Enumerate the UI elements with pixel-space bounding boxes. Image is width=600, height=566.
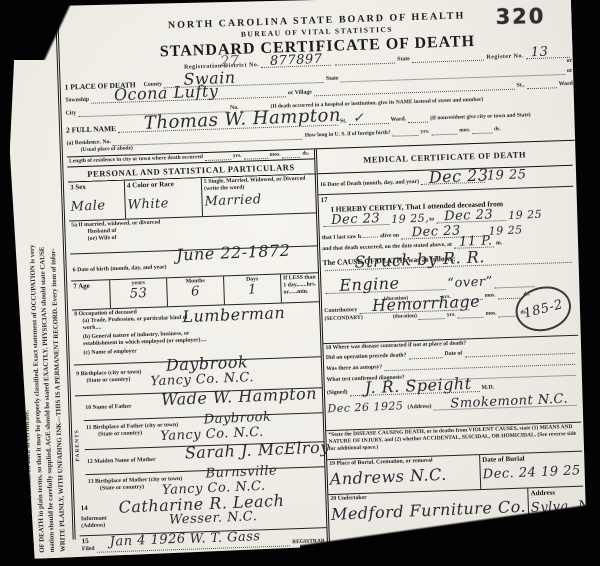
last-saw-label: that I last saw h……… alive on <box>322 232 400 242</box>
death-time-value: 11 P. <box>458 234 492 248</box>
attended-from-year: 19 25, <box>391 212 429 225</box>
register-no-value: 13 <box>531 45 549 59</box>
filed-label: Filed <box>82 546 95 553</box>
village-label: or Village <box>288 89 312 97</box>
m-label: m. <box>496 240 503 247</box>
ds-label: ds. <box>494 126 501 133</box>
city-label: City <box>65 110 76 117</box>
occupation-value: Lumberman <box>182 305 286 325</box>
less-than-day-label: If LESS than 1 day,......hrs. or......mi… <box>283 275 317 297</box>
contributory-label: Contributory <box>324 307 357 315</box>
signed-label: (Signed) <box>327 390 348 398</box>
state-label: State <box>397 56 410 63</box>
township-value: Ocona Lufty <box>114 83 219 103</box>
nonresident-note: (If nonresident give city or town and St… <box>430 112 531 122</box>
attended-to-year: 19 25 <box>508 209 542 221</box>
secondary-label: (SECONDARY) <box>324 314 363 322</box>
register-no-label: Register No. <box>486 53 524 60</box>
race-value: White <box>127 196 199 212</box>
md-label: M.D. <box>481 385 494 392</box>
ds-label2: ds. <box>302 151 309 158</box>
ward-label2: Ward. <box>390 116 406 123</box>
date-of-label: Date of <box>444 351 462 359</box>
or-label: or <box>566 57 572 64</box>
dod-value: Dec 23 <box>428 168 488 186</box>
informant-address-value: Wesser. N.C. <box>169 511 258 528</box>
occupation-a-label: (a) Trade, Profession, or particular kin… <box>82 315 192 333</box>
personal-particulars-column: 3 Sex Male 4 Color or Race White 5 Singl… <box>68 175 330 563</box>
burial-date-value: Dec. 24 19 25 <box>482 464 581 481</box>
dur-yrs2: yrs. <box>447 311 456 318</box>
sex-value: Male <box>70 198 122 213</box>
age-months-value: 6 <box>169 285 221 300</box>
st-ward-label: St., <box>517 82 525 89</box>
yrs-label2: yrs. <box>233 153 242 160</box>
full-name-label: 2 FULL NAME <box>66 123 116 134</box>
medical-section-header: MEDICAL CERTIFICATE OF DEATH <box>363 150 526 166</box>
age-years-value: 53 <box>112 287 164 302</box>
mos-label: mos. <box>459 127 470 134</box>
burial-value: Andrews N.C. <box>330 466 478 488</box>
attended-from-value: Dec 23 <box>331 212 381 227</box>
last-saw-value: Dec 23 <box>411 224 461 239</box>
ward-label: Ward <box>559 80 573 87</box>
sign-address-value: Smokemont N.C. <box>450 393 568 411</box>
dur-mos2: mos. <box>485 310 496 317</box>
attended-to-value: Dec 23 <box>444 208 494 223</box>
mos-label2: mos. <box>270 152 281 159</box>
over-annotation: “over” <box>447 275 493 290</box>
dur-mos: mos. <box>485 292 496 299</box>
last-saw-year: 19 25 <box>489 224 523 236</box>
torn-edge-bottom-right <box>300 496 600 566</box>
cause-line2-value: Engine <box>339 275 400 294</box>
cause-code-value: 185-2 <box>522 297 564 320</box>
to-label: to <box>429 216 434 223</box>
yrs-label: yrs. <box>420 128 429 135</box>
age-label: 7 Age <box>73 282 107 292</box>
checkmark-annotation: ✓ <box>353 111 365 124</box>
dod-label: 16 Date of Death (month, day, and year) <box>320 178 419 188</box>
torn-corner-top-left <box>0 0 120 60</box>
sex-label: 3 Sex <box>70 182 122 192</box>
dod-year: 19 25 <box>487 169 527 183</box>
mother-bp-city-value: Burnsville <box>205 465 277 481</box>
age-days-value: 1 <box>226 283 278 298</box>
certificate-form: 27 NORTH CAROLINA STATE BOARD OF HEALTH … <box>55 0 589 540</box>
state-label2: State <box>326 75 339 82</box>
race-label: 4 Color or Race <box>127 180 199 191</box>
abode-note: (Usual place of abode) <box>81 145 133 154</box>
sign-address-label: (Address) <box>407 404 431 412</box>
autopsy-label: Was there an autopsy? <box>326 365 382 374</box>
operation-label: Did an operation precede death? <box>326 353 407 363</box>
marital-value: Married <box>204 191 313 209</box>
physician-signature: J. R. Speight <box>365 376 472 396</box>
cause-line1-value: Struck by R. R. <box>354 249 485 270</box>
certificate-paper: important. See instructions on back of c… <box>5 0 589 559</box>
registration-district-value: 877897 <box>269 53 322 68</box>
contributory-value: Hemorrhage <box>372 293 481 314</box>
or-label2: or <box>567 67 573 74</box>
township-label: Township <box>65 96 89 104</box>
signature-date: Dec 26 1925 <box>327 400 403 414</box>
scanned-death-certificate-page: important. See instructions on back of c… <box>0 0 600 566</box>
